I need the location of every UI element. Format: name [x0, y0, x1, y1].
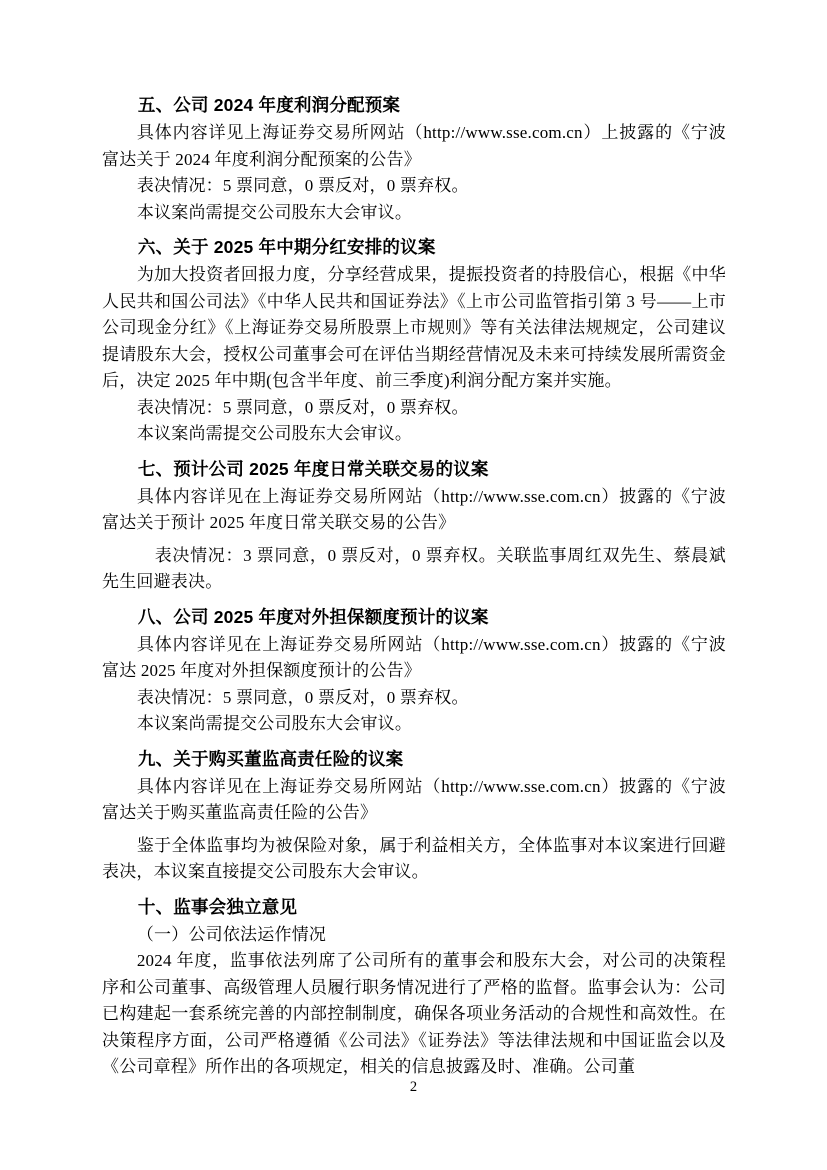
- section-heading-profit-distribution-2024: 五、公司 2024 年度利润分配预案: [102, 90, 726, 120]
- document-page: 五、公司 2024 年度利润分配预案 具体内容详见上海证券交易所网站（http:…: [0, 0, 827, 1170]
- disclosure-paragraph: 具体内容详见上海证券交易所网站（http://www.sse.com.cn）上披…: [102, 120, 726, 173]
- disclosure-paragraph: 具体内容详见在上海证券交易所网站（http://www.sse.com.cn）披…: [102, 632, 726, 685]
- section-heading-liability-insurance: 九、关于购买董监高责任险的议案: [102, 744, 726, 774]
- submission-note: 本议案尚需提交公司股东大会审议。: [102, 421, 726, 448]
- page-number: 2: [0, 1077, 827, 1097]
- vote-result: 表决情况：5 票同意，0 票反对，0 票弃权。: [102, 685, 726, 712]
- disclosure-paragraph: 具体内容详见在上海证券交易所网站（http://www.sse.com.cn）披…: [102, 484, 726, 537]
- vote-result: 表决情况：5 票同意，0 票反对，0 票弃权。: [102, 395, 726, 422]
- section-heading-interim-dividend-2025: 六、关于 2025 年中期分红安排的议案: [102, 232, 726, 262]
- recusal-note: 鉴于全体监事均为被保险对象，属于利益相关方，全体监事对本议案进行回避表决，本议案…: [102, 833, 726, 886]
- body-paragraph: 2024 年度，监事依法列席了公司所有的董事会和股东大会，对公司的决策程序和公司…: [102, 948, 726, 1081]
- body-paragraph: 为加大投资者回报力度，分享经营成果，提振投资者的持股信心，根据《中华人民共和国公…: [102, 262, 726, 395]
- submission-note: 本议案尚需提交公司股东大会审议。: [102, 200, 726, 227]
- section-heading-guarantee-quota-2025: 八、公司 2025 年度对外担保额度预计的议案: [102, 602, 726, 632]
- section-heading-supervisory-board-opinion: 十、监事会独立意见: [102, 892, 726, 922]
- vote-result: 表决情况：3 票同意，0 票反对，0 票弃权。关联监事周红双先生、蔡晨斌先生回避…: [102, 543, 726, 596]
- disclosure-paragraph: 具体内容详见在上海证券交易所网站（http://www.sse.com.cn）披…: [102, 774, 726, 827]
- vote-result: 表决情况：5 票同意，0 票反对，0 票弃权。: [102, 173, 726, 200]
- document-body: 五、公司 2024 年度利润分配预案 具体内容详见上海证券交易所网站（http:…: [102, 84, 726, 1081]
- submission-note: 本议案尚需提交公司股东大会审议。: [102, 711, 726, 738]
- section-heading-related-transactions-2025: 七、预计公司 2025 年度日常关联交易的议案: [102, 454, 726, 484]
- subsection-heading-lawful-operation: （一）公司依法运作情况: [102, 922, 726, 949]
